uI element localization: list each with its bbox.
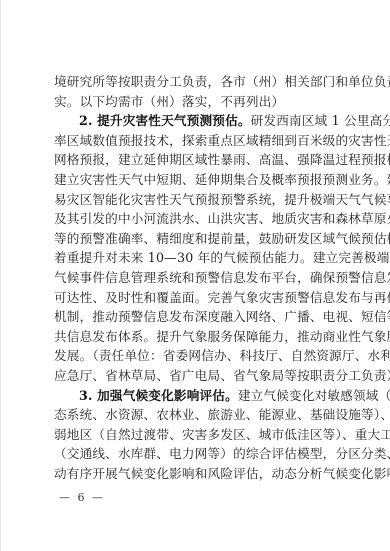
text-line: 网格预报，建立延伸期区域性暴雨、高温、强降温过程预报模型， — [54, 150, 346, 170]
text-line: 建立灾害性天气中短期、延伸期集合及概率预报预测业务。建设 — [54, 170, 346, 190]
text-line: 共信息发布体系。提升气象服务保障能力，推动商业性气象服务 — [54, 327, 346, 347]
section-heading-line: 3. 加强气候变化影响评估。建立气候变化对敏感领域（生 — [54, 386, 346, 406]
text-line: （交通线、水库群、电力网等）的综合评估模型，分区分类、滚 — [54, 444, 346, 464]
text-line: 弱地区（自然过渡带、灾害多发区、城市低洼区等）、重大工程 — [54, 425, 346, 445]
text-line: 应急厅、省林草局、省广电局、省气象局等按职责分工负责） — [54, 366, 346, 386]
text-line: 易灾区智能化灾害性天气预报预警系统，提升极端天气气候事件 — [54, 190, 346, 210]
text-line: 率区域数值预报技术，探索重点区域精细到百米级的灾害性天气 — [54, 131, 346, 151]
document-page: 境研究所等按职责分工负责，各市（州）相关部门和单位负责落 实。以下均需市（州）落… — [0, 0, 390, 551]
section-heading-line: 2. 提升灾害性天气预测预估。研发西南区域 1 公里高分辨 — [54, 111, 346, 131]
text-line: 气候事件信息管理系统和预警信息发布平台，确保预警信息发布 — [54, 268, 346, 288]
text-span: 研发西南区域 1 公里高分辨 — [251, 113, 390, 128]
text-span: 建立气候变化对敏感领域（生 — [238, 388, 390, 403]
text-line: 发展。（责任单位：省委网信办、科技厅、自然资源厅、水利厅、 — [54, 346, 346, 366]
text-line: 等的预警准确率、精细度和提前量，鼓励研发区域气候预估模式， — [54, 229, 346, 249]
page-number: — 6 — — [59, 491, 105, 504]
text-line: 着重提升对未来 10—30 年的气候预估能力。建立完善极端天气 — [54, 248, 346, 268]
text-line: 境研究所等按职责分工负责，各市（州）相关部门和单位负责落 — [54, 72, 346, 92]
text-line: 可达性、及时性和覆盖面。完善气象灾害预警信息发布与再传播 — [54, 288, 346, 308]
text-line: 机制，推动预警信息发布深度融入网络、广播、电视、短信等公 — [54, 307, 346, 327]
text-line: 及其引发的中小河流洪水、山洪灾害、地质灾害和森林草原火灾 — [54, 209, 346, 229]
section-heading: 2. 提升灾害性天气预测预估。 — [79, 113, 251, 128]
document-body: 境研究所等按职责分工负责，各市（州）相关部门和单位负责落 实。以下均需市（州）落… — [54, 72, 346, 483]
section-heading: 3. 加强气候变化影响评估。 — [79, 388, 238, 403]
text-line: 动有序开展气候变化影响和风险评估，动态分析气候变化影响下 — [54, 464, 346, 484]
text-line: 态系统、水资源、农林业、旅游业、能源业、基础设施等）、脆 — [54, 405, 346, 425]
text-line: 实。以下均需市（州）落实，不再列出） — [54, 92, 346, 112]
